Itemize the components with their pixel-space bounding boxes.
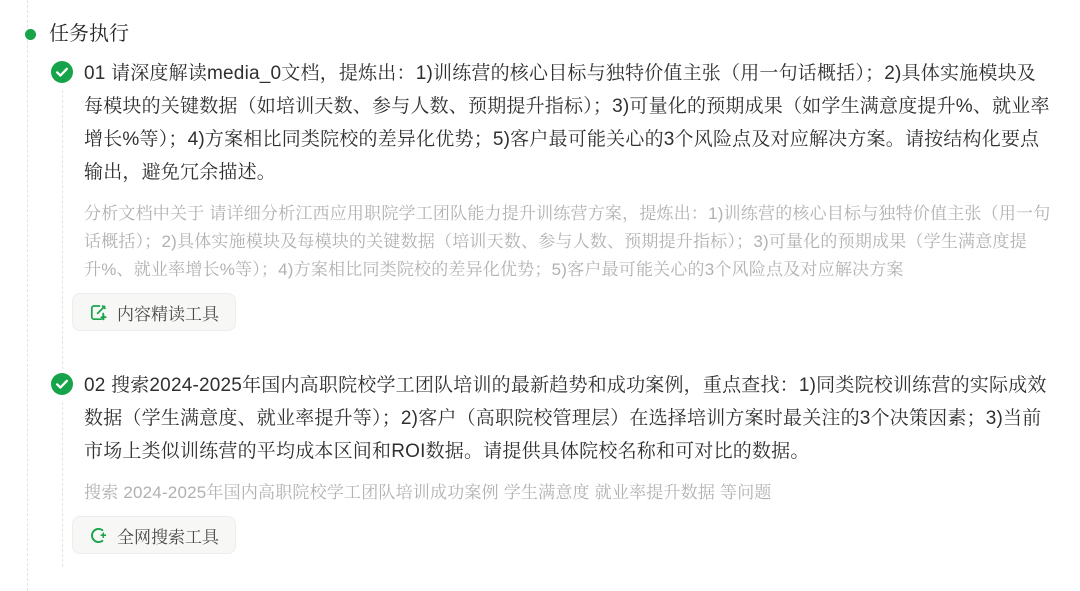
document-edit-icon (89, 303, 108, 322)
green-dot-icon (25, 29, 36, 40)
task-body: 02 搜索2024-2025年国内高职院校学工团队培训的最新趋势和成功案例，重点… (84, 369, 1052, 567)
content-reader-tool-chip[interactable]: 内容精读工具 (72, 293, 236, 331)
task-execution-panel: 任务执行 01 请深度解读media_0文档，提炼出：1)训练营的核心目标与独特… (0, 0, 1080, 591)
task-subquery: 搜索 2024-2025年国内高职院校学工团队培训成功案例 学生满意度 就业率提… (84, 479, 1052, 507)
task-description: 02 搜索2024-2025年国内高职院校学工团队培训的最新趋势和成功案例，重点… (84, 369, 1052, 468)
task-marker-column (51, 369, 73, 567)
web-search-tool-chip[interactable]: 全网搜索工具 (72, 516, 236, 554)
section-header: 任务执行 (25, 21, 1052, 47)
task-subquery: 分析文档中关于 请详细分析江西应用职院学工团队能力提升训练营方案，提炼出：1)训… (84, 200, 1052, 284)
section-title: 任务执行 (49, 21, 129, 47)
task-description: 01 请深度解读media_0文档，提炼出：1)训练营的核心目标与独特价值主张（… (84, 57, 1052, 189)
task-item: 02 搜索2024-2025年国内高职院校学工团队培训的最新趋势和成功案例，重点… (51, 369, 1052, 567)
check-circle-icon (51, 373, 73, 395)
timeline-connector (62, 90, 63, 369)
task-marker-column (51, 57, 73, 369)
timeline-connector (62, 402, 63, 567)
web-search-icon (89, 526, 108, 545)
tool-chip-label: 全网搜索工具 (117, 523, 219, 548)
check-circle-icon (51, 61, 73, 83)
task-body: 01 请深度解读media_0文档，提炼出：1)训练营的核心目标与独特价值主张（… (84, 57, 1052, 369)
timeline-guide-line (27, 0, 28, 591)
task-item: 01 请深度解读media_0文档，提炼出：1)训练营的核心目标与独特价值主张（… (51, 57, 1052, 369)
tool-chip-label: 内容精读工具 (117, 300, 219, 325)
